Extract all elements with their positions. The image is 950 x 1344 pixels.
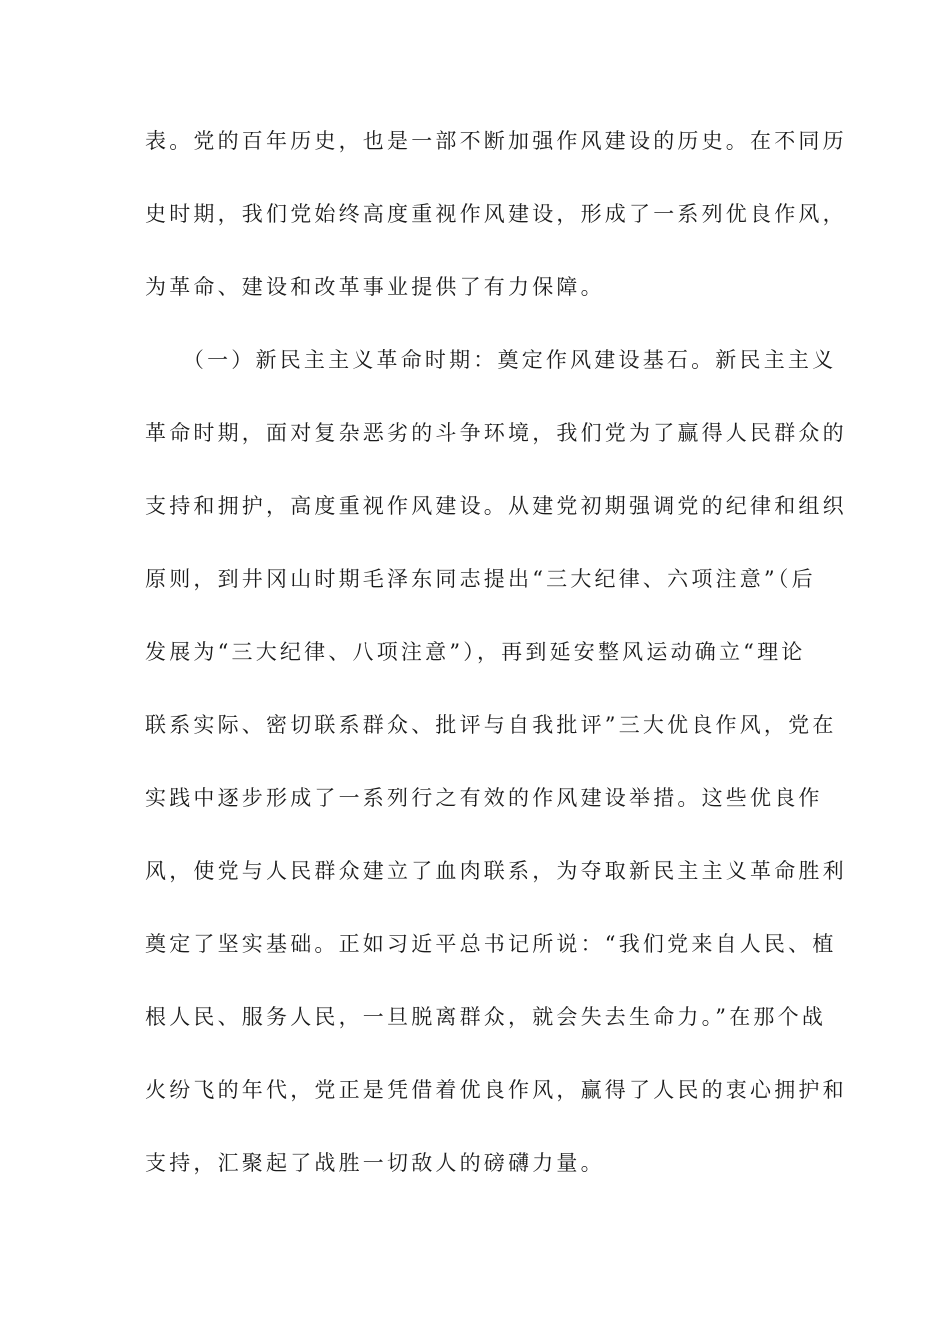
- paragraph-line: 发展为“三大纪律、八项注意”），再到延安整风运动确立“理论: [145, 637, 805, 667]
- section-heading-line: （一）新民主主义革命时期：奠定作风建设基石。新民主主义: [145, 345, 805, 375]
- paragraph-line: 支持和拥护，高度重视作风建设。从建党初期强调党的纪律和组织: [145, 491, 805, 521]
- paragraph-line: 联系实际、密切联系群众、批评与自我批评”三大优良作风，党在: [145, 710, 805, 740]
- paragraph-line: 根人民、服务人民，一旦脱离群众，就会失去生命力。”在那个战: [145, 1002, 805, 1032]
- paragraph-line: 史时期，我们党始终高度重视作风建设，形成了一系列优良作风，: [145, 199, 805, 229]
- paragraph-line: 奠定了坚实基础。正如习近平总书记所说：“我们党来自人民、植: [145, 929, 805, 959]
- paragraph-line: 为革命、建设和改革事业提供了有力保障。: [145, 272, 805, 302]
- paragraph-line: 风，使党与人民群众建立了血肉联系，为夺取新民主主义革命胜利: [145, 856, 805, 886]
- paragraph-line: 原则，到井冈山时期毛泽东同志提出“三大纪律、六项注意”（后: [145, 564, 805, 594]
- paragraph-line: 革命时期，面对复杂恶劣的斗争环境，我们党为了赢得人民群众的: [145, 418, 805, 448]
- paragraph-line: 火纷飞的年代，党正是凭借着优良作风，赢得了人民的衷心拥护和: [145, 1075, 805, 1105]
- document-page: 表。党的百年历史，也是一部不断加强作风建设的历史。在不同历 史时期，我们党始终高…: [0, 0, 950, 1344]
- paragraph-line: 支持，汇聚起了战胜一切敌人的磅礴力量。: [145, 1148, 805, 1178]
- paragraph-line: 表。党的百年历史，也是一部不断加强作风建设的历史。在不同历: [145, 126, 805, 156]
- paragraph-line: 实践中逐步形成了一系列行之有效的作风建设举措。这些优良作: [145, 783, 805, 813]
